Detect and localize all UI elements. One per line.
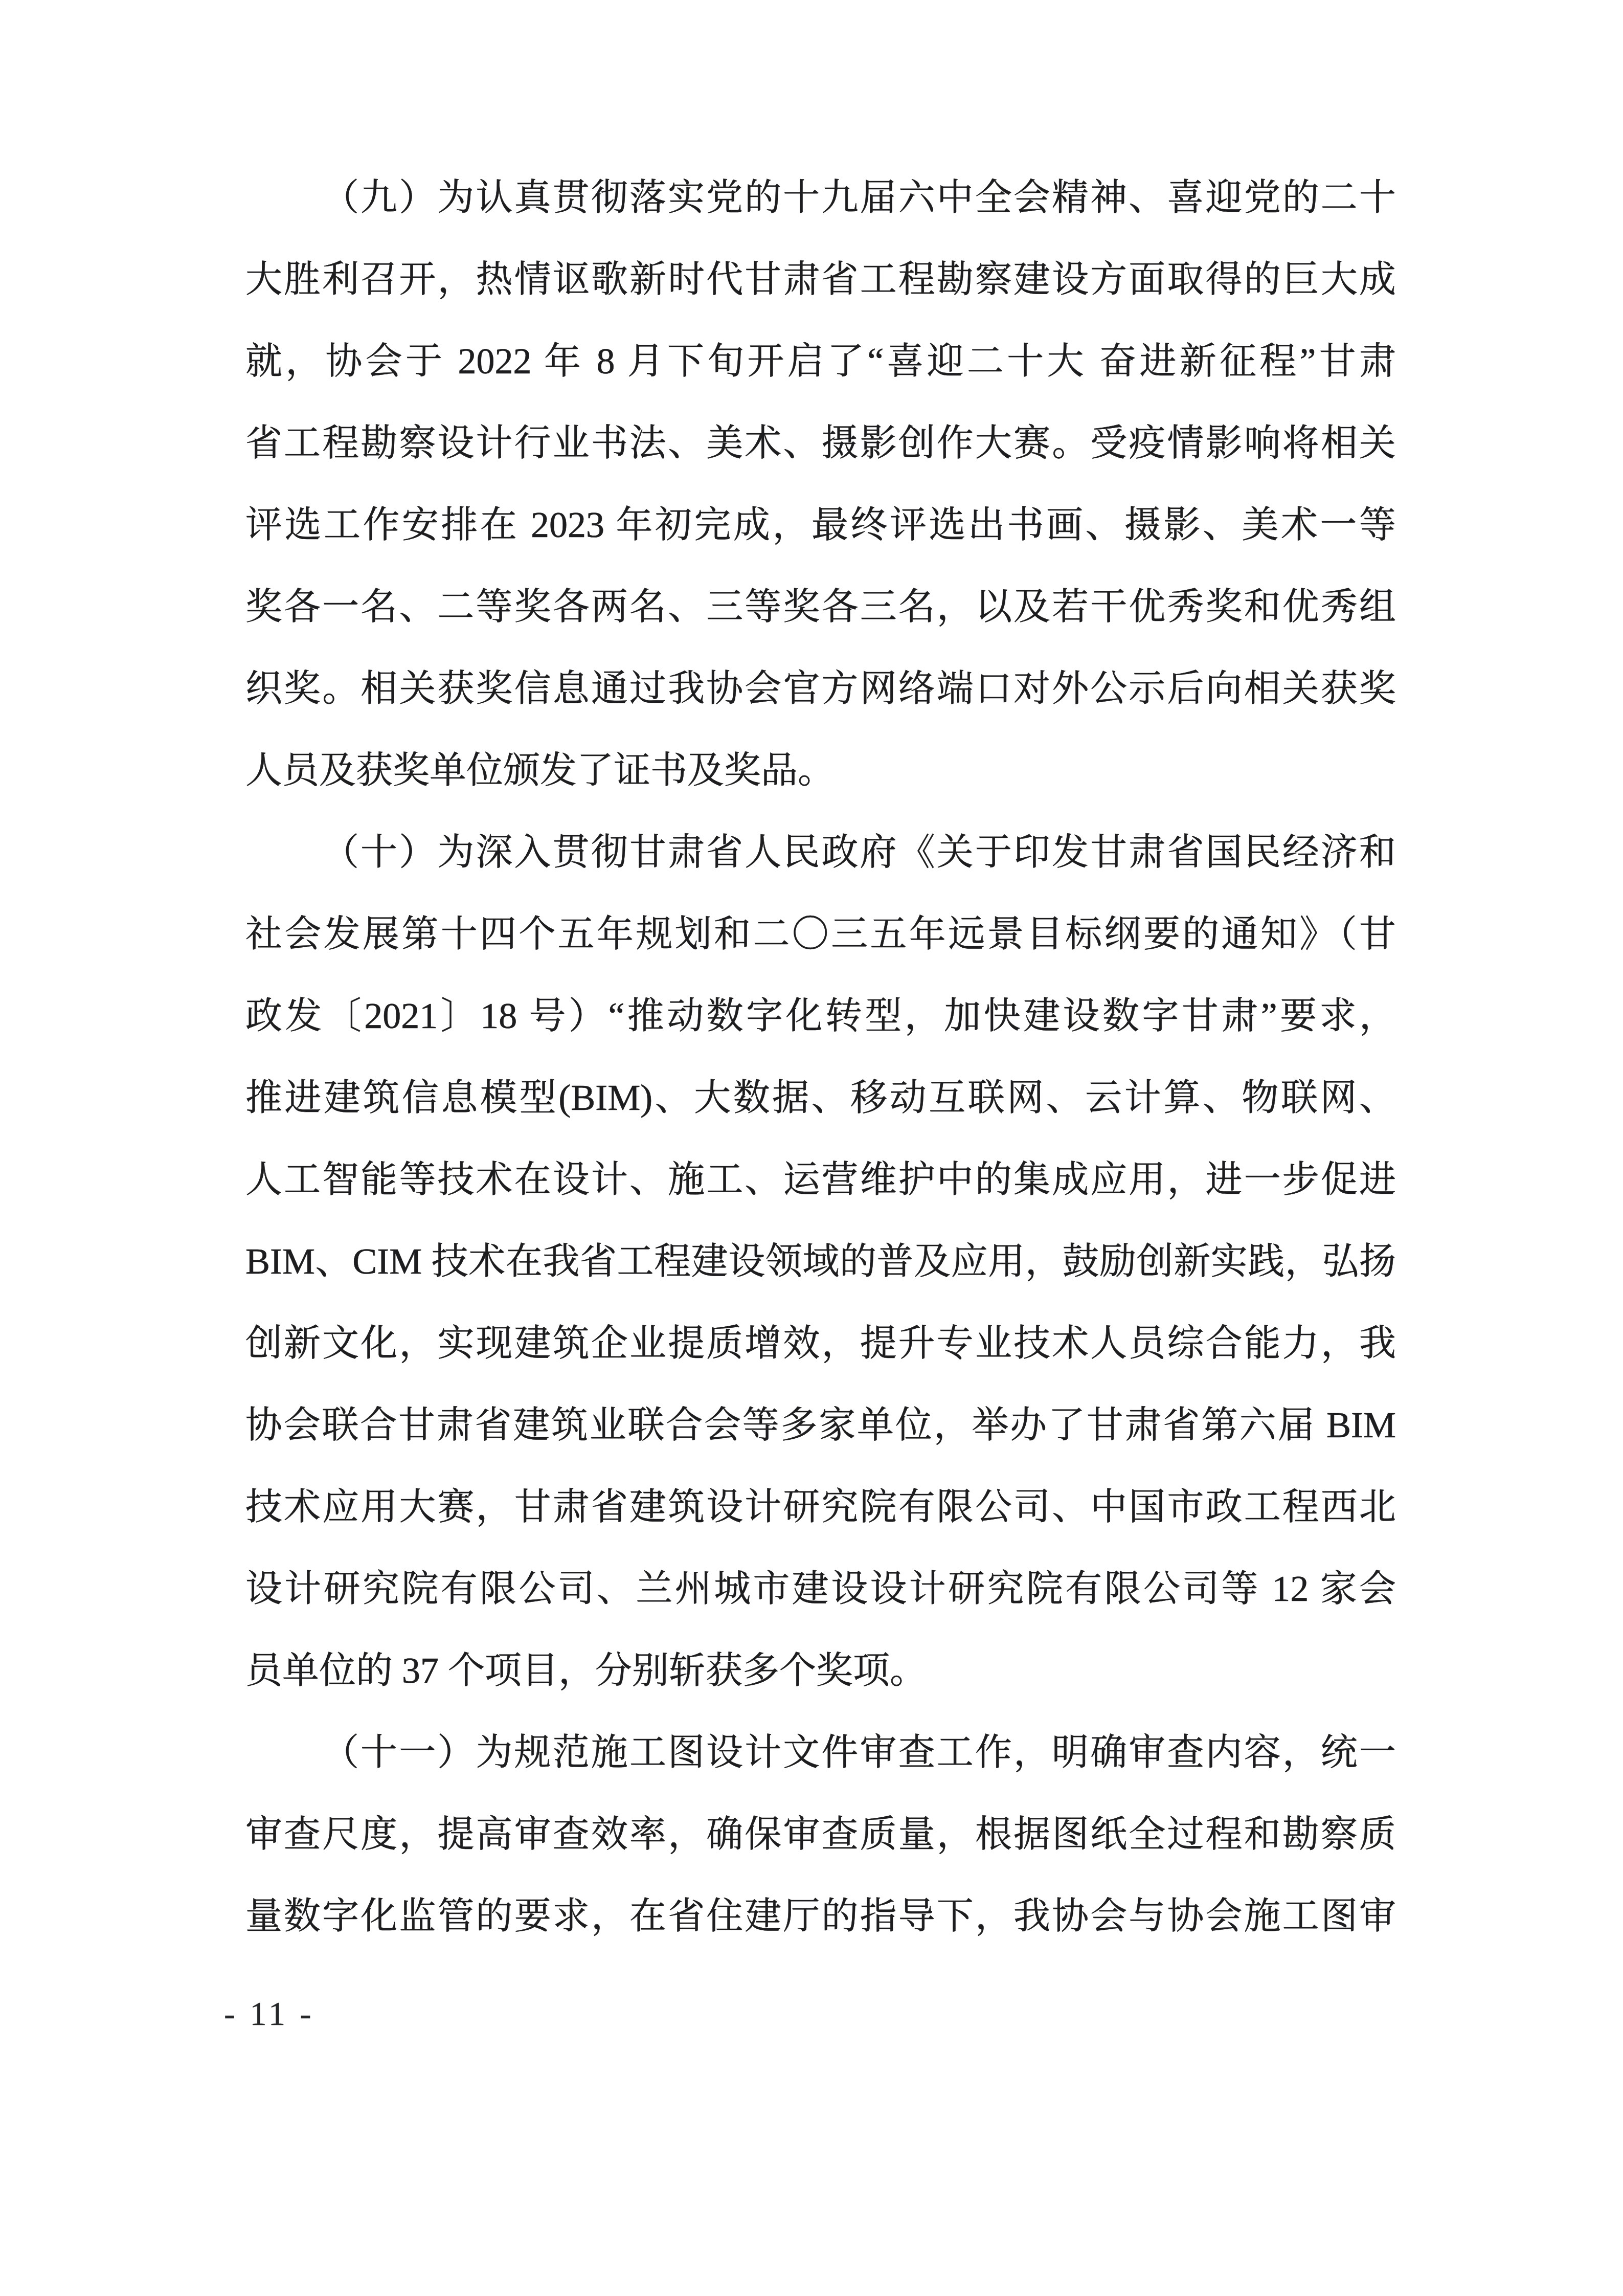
text-line: 量数字化监管的要求，在省住建厅的指导下，我协会与协会施工图审 xyxy=(245,1875,1396,1957)
text-line: （十一）为规范施工图设计文件审查工作，明确审查内容，统一 xyxy=(245,1711,1396,1793)
text-line: 政发〔2021〕18 号）“推动数字化转型，加快建设数字甘肃”要求， xyxy=(245,975,1396,1057)
text-line: 社会发展第十四个五年规划和二〇三五年远景目标纲要的通知》（甘 xyxy=(245,893,1396,975)
text-line: 人工智能等技术在设计、施工、运营维护中的集成应用，进一步促进 xyxy=(245,1139,1396,1220)
document-page: （九）为认真贯彻落实党的十九届六中全会精神、喜迎党的二十 大胜利召开，热情讴歌新… xyxy=(0,0,1623,2296)
text-line: 技术应用大赛，甘肃省建筑设计研究院有限公司、中国市政工程西北 xyxy=(245,1466,1396,1548)
text-line: 评选工作安排在 2023 年初完成，最终评选出书画、摄影、美术一等 xyxy=(245,484,1396,566)
text-line: 设计研究院有限公司、兰州城市建设设计研究院有限公司等 12 家会 xyxy=(245,1548,1396,1630)
paragraph-eleven: （十一）为规范施工图设计文件审查工作，明确审查内容，统一 审查尺度，提高审查效率… xyxy=(245,1711,1396,1957)
text-line: 大胜利召开，热情讴歌新时代甘肃省工程勘察建设方面取得的巨大成 xyxy=(245,238,1396,320)
text-line: 推进建筑信息模型(BIM)、大数据、移动互联网、云计算、物联网、 xyxy=(245,1057,1396,1139)
text-line: 员单位的 37 个项目，分别斩获多个奖项。 xyxy=(245,1630,1396,1711)
paragraph-ten: （十）为深入贯彻甘肃省人民政府《关于印发甘肃省国民经济和 社会发展第十四个五年规… xyxy=(245,811,1396,1711)
paragraph-nine: （九）为认真贯彻落实党的十九届六中全会精神、喜迎党的二十 大胜利召开，热情讴歌新… xyxy=(245,157,1396,811)
text-line: 就，协会于 2022 年 8 月下旬开启了“喜迎二十大 奋进新征程”甘肃 xyxy=(245,320,1396,402)
text-line: （九）为认真贯彻落实党的十九届六中全会精神、喜迎党的二十 xyxy=(245,157,1396,238)
page-number: - 11 - xyxy=(224,1983,314,2045)
text-line: （十）为深入贯彻甘肃省人民政府《关于印发甘肃省国民经济和 xyxy=(245,811,1396,893)
text-line: 奖各一名、二等奖各两名、三等奖各三名，以及若干优秀奖和优秀组 xyxy=(245,566,1396,648)
text-line: 审查尺度，提高审查效率，确保审查质量，根据图纸全过程和勘察质 xyxy=(245,1793,1396,1875)
text-line: 省工程勘察设计行业书法、美术、摄影创作大赛。受疫情影响将相关 xyxy=(245,402,1396,484)
text-line: 织奖。相关获奖信息通过我协会官方网络端口对外公示后向相关获奖 xyxy=(245,648,1396,729)
document-body: （九）为认真贯彻落实党的十九届六中全会精神、喜迎党的二十 大胜利召开，热情讴歌新… xyxy=(245,157,1396,1957)
text-line: BIM、CIM 技术在我省工程建设领域的普及应用，鼓励创新实践，弘扬 xyxy=(245,1220,1396,1302)
text-line: 创新文化，实现建筑企业提质增效，提升专业技术人员综合能力，我 xyxy=(245,1302,1396,1384)
text-line: 协会联合甘肃省建筑业联合会等多家单位，举办了甘肃省第六届 BIM xyxy=(245,1384,1396,1466)
text-line: 人员及获奖单位颁发了证书及奖品。 xyxy=(245,729,1396,811)
